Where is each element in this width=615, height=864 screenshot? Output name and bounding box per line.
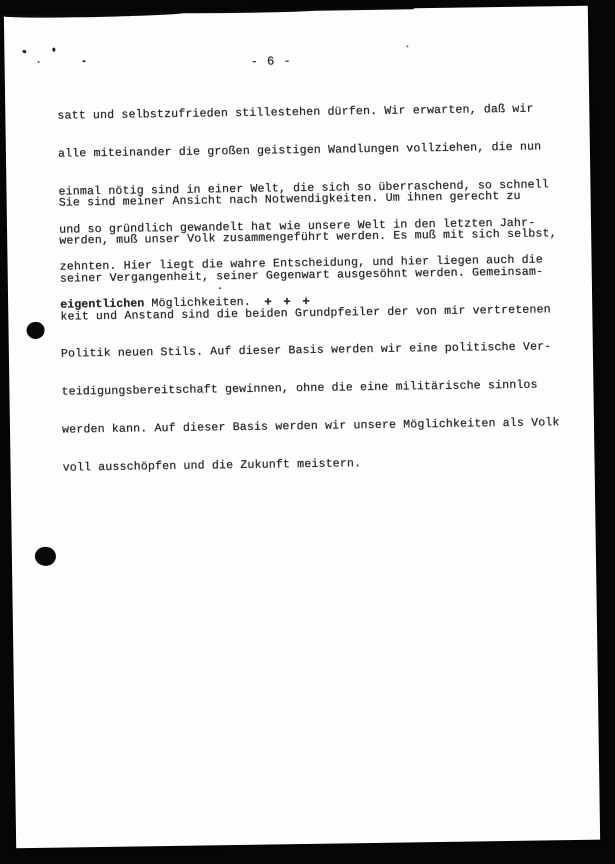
ink-speck xyxy=(83,60,86,62)
page-number: - 6 - xyxy=(250,54,291,69)
paragraph-2-line: seiner Vergangenheit, seiner Gegenwart a… xyxy=(60,266,558,286)
section-end-marks: + + + xyxy=(264,295,312,310)
paragraph-2: Sie sind meiner Ansicht nach Notwendigke… xyxy=(58,165,560,500)
paragraph-2-line: teidigungsbereitschaft gewinnen, ohne di… xyxy=(61,379,559,399)
document-page: - 6 - satt und selbstzufrieden stilleste… xyxy=(4,6,600,849)
paragraph-2-line: Sie sind meiner Ansicht nach Notwendigke… xyxy=(59,190,557,210)
ink-speck xyxy=(22,49,27,54)
punch-hole-dot xyxy=(34,546,57,567)
paragraph-2-line: Politik neuen Stils. Auf dieser Basis we… xyxy=(61,342,559,362)
scan-edge-noise xyxy=(294,7,414,11)
ink-speck xyxy=(406,45,408,47)
ink-speck xyxy=(52,48,55,52)
paragraph-1-line: alle miteinander die großen geistigen Wa… xyxy=(58,141,549,161)
paragraph-2-line: werden, muß unser Volk zusammengeführt w… xyxy=(59,228,557,248)
paragraph-2-line: werden kann. Auf dieser Basis werden wir… xyxy=(62,417,560,437)
ink-speck xyxy=(38,61,40,63)
punch-hole-dot xyxy=(26,322,44,339)
paragraph-1-line: satt und selbstzufrieden stillestehen dü… xyxy=(57,104,548,124)
paragraph-2-line: voll ausschöpfen und die Zukunft meister… xyxy=(62,455,560,475)
